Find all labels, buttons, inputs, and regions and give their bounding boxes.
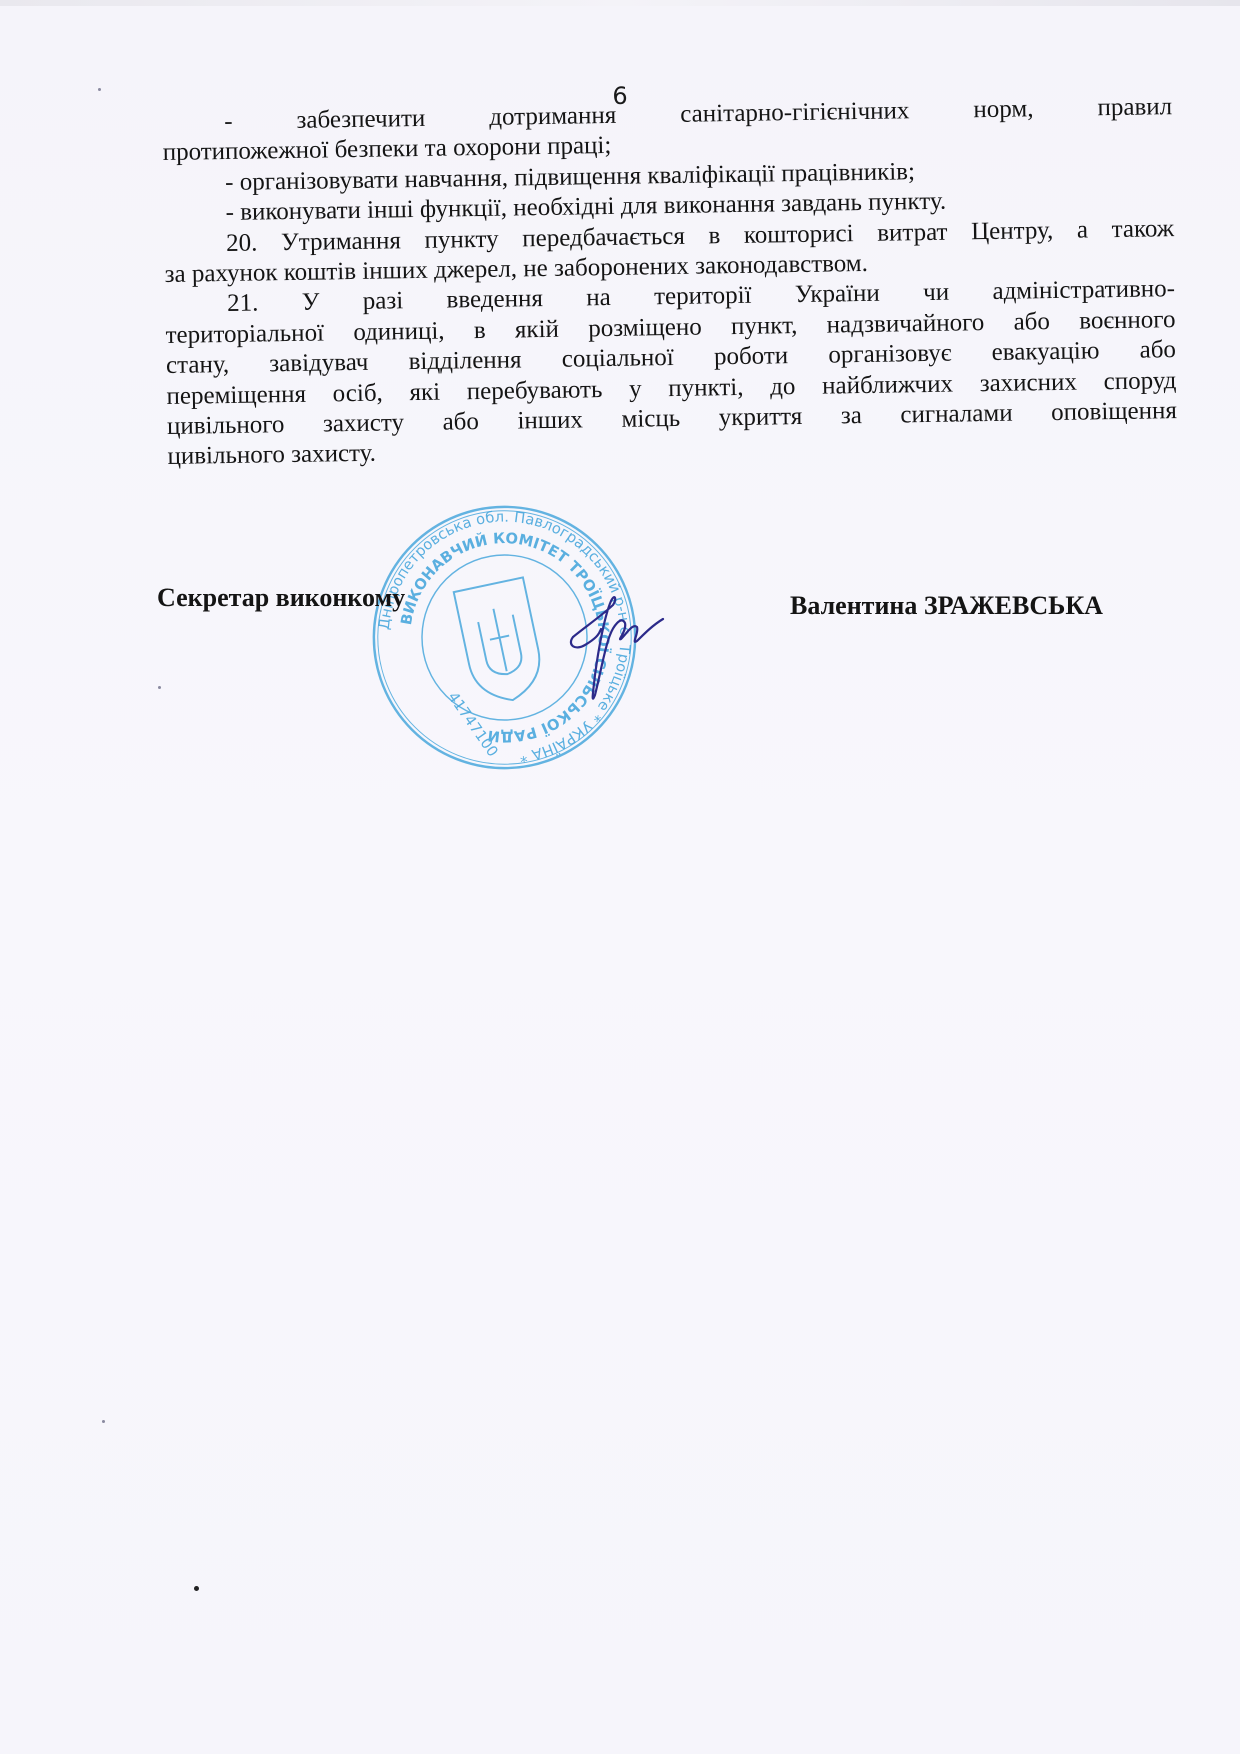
- scan-speck: [158, 686, 161, 689]
- svg-text:41747100: 41747100: [444, 689, 501, 760]
- signature-scribble-icon: [555, 575, 665, 710]
- handwritten-signature: [555, 575, 665, 710]
- scan-speck: [194, 1586, 199, 1591]
- signer-name: Валентина ЗРАЖЕВСЬКА: [790, 591, 1103, 621]
- document-body: - забезпечити дотримання санітарно-гігіє…: [162, 92, 1178, 473]
- scan-speck: [102, 1420, 105, 1423]
- scan-edge: [0, 0, 1240, 6]
- scan-speck: [98, 88, 101, 91]
- signature-position-title: Секретар виконкому: [157, 583, 405, 613]
- document-page: 6 - забезпечити дотримання санітарно-гіг…: [0, 0, 1240, 1754]
